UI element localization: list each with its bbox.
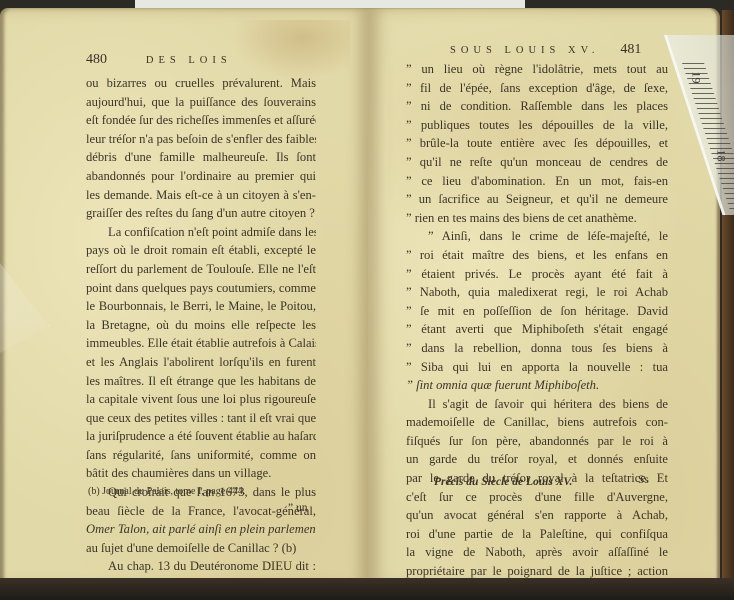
text-line: ” Siba qui lui en apporta la nouvelle : … [406,358,668,377]
text-line: point dans quelques pays coutumiers, com… [86,279,316,298]
page-number: 480 [86,52,107,67]
right-page: SOUS LOUIS XV. 481 ” un lieu où règne l'… [368,8,720,586]
catchword: ” un [288,502,307,514]
text-line: la capitale vivent ſous une loi plus rig… [86,390,316,409]
running-title: DES LOIS [146,55,232,66]
text-line: aujourd'hui, que la puiſſance des ſouver… [86,93,316,112]
text-line: que ceux des petites villes : tant il eſ… [86,409,316,428]
text-line: ” étaient privés. Le procès ayant été fa… [406,265,668,284]
text-line: fiſqués ſur ſon père, abandonnés par le … [406,432,668,451]
text-line: roi d'une partie de la Paleſtine, qui co… [406,525,668,544]
text-line: ” ſint omnia quæ fuerunt Miphiboſeth. [406,376,668,395]
text-line: ” ce lieu d'abomination. En un mot, fais… [406,172,668,191]
text-line: ” un ſacrifice au Seigneur, et qu'il ne … [406,190,668,209]
text-line: ” ſe mit en poſſeſſion de ſon héritage. … [406,302,668,321]
text-line: ” qu'il ne reſte qu'un monceau de cendre… [406,153,668,172]
text-line: La confiſcation n'eſt point admiſe dans … [86,223,316,242]
text-line: ” dans la rebellion, donna tous ſes bien… [406,339,668,358]
bottom-line-title: Précis du Siècle de Louis XV. [434,476,572,488]
text-line: graiſſer des reſtes du ſang d'un autre c… [86,204,316,223]
text-line: le Bourbonnais, le Berri, le Maine, le P… [86,297,316,316]
footnote: (b) Journal du Palais, tome I, page 444. [88,486,245,497]
right-page-header: SOUS LOUIS XV. 481 [450,42,641,58]
text-line: Omer Talon, ait parlé ainſi en plein par… [86,520,316,539]
text-line: ” étant averti que Miphiboſeth s'était e… [406,320,668,339]
left-page-body: ou bizarres ou cruelles prévalurent. Mai… [86,74,316,595]
text-line: ” publiques toutes les dépouilles de la … [406,116,668,135]
text-line: Au chap. 13 du Deutéronome DIEU dit : [86,557,316,576]
text-line: ” Naboth, quia maledixerat regi, le roi … [406,283,668,302]
page-number: 481 [620,42,641,57]
background-paper-sheet [135,0,525,8]
text-line: la Bretagne, où du moins elle reſpecte l… [86,316,316,335]
left-page: 480 DES LOIS ou bizarres ou cruelles pré… [0,8,370,586]
right-page-body: ” un lieu où règne l'idolâtrie, mets tou… [406,60,668,599]
text-line: reſſort du parlement de Toulouſe. Elle n… [86,260,316,279]
glass-weight-triangle [0,263,49,353]
water-stain [230,20,350,80]
text-line: qu'un avocat général s'en rapporte à Ach… [406,506,668,525]
text-line: leur tréſor n'a pas beſoin de s'enfler d… [86,130,316,149]
text-line: beau ſiècle de la France, l'avocat-génér… [86,502,316,521]
text-line: ” fil de l'épée, ſans exception d'âge, d… [406,79,668,98]
signature-mark: Ss [638,474,649,486]
text-line: Il s'agit de ſavoir qui héritera des bie… [406,395,668,414]
text-line: ” rien en tes mains des biens de cet ana… [406,209,668,228]
text-line: la vigne de Naboth, après avoir aſſaſſin… [406,543,668,562]
text-line: abandonnés pour l'ordinaire au premier q… [86,167,316,186]
text-line: ” roi était maître des biens, et les enf… [406,246,668,265]
running-title: SOUS LOUIS XV. [450,45,599,56]
text-line: la juriſprudence a été ſouvent établie a… [86,427,316,446]
text-line: au ſujet d'une demoiſelle de Canillac ? … [86,539,316,558]
ruler-label: 19 [689,72,704,84]
text-line: et les Anglais l'abolirent lorſqu'ils en… [86,353,316,372]
text-line: un garde du tréſor royal, et donnés enſu… [406,450,668,469]
text-line: ou bizarres ou cruelles prévalurent. Mai… [86,74,316,93]
text-line: mademoiſelle de Canillac, biens autrefoi… [406,413,668,432]
text-line: ” brûle-la toute entière avec ſes dépoui… [406,134,668,153]
text-line: pays où le droit romain eſt établi, exce… [86,241,316,260]
text-line: débris d'une famille malheureuſe. Ils ſo… [86,148,316,167]
text-line: les maîtres. Il eſt étrange que les habi… [86,372,316,391]
book-bottom-edge [0,578,734,600]
text-line: ” un lieu où règne l'idolâtrie, mets tou… [406,60,668,79]
ruler-label: 18 [714,150,729,162]
text-line: les demande. Mais eſt-ce à un citoyen à … [86,186,316,205]
left-page-header: 480 DES LOIS [86,52,232,68]
text-line: c'eſt ſur ce procès d'une fille d'Auverg… [406,488,668,507]
text-line: eſt fondée ſur des richeſſes immenſes et… [86,111,316,130]
text-line: ſans régularité, ſans uniformité, comme … [86,446,316,465]
text-line: ” Ainſi, dans le crime de léſe-majeſté, … [406,227,668,246]
text-line: immeubles. Elle était établie autrefois … [86,334,316,353]
text-line: bâtit des chaumières dans un village. [86,464,316,483]
text-line: ” ni de condition. Raſſemble dans les pl… [406,97,668,116]
